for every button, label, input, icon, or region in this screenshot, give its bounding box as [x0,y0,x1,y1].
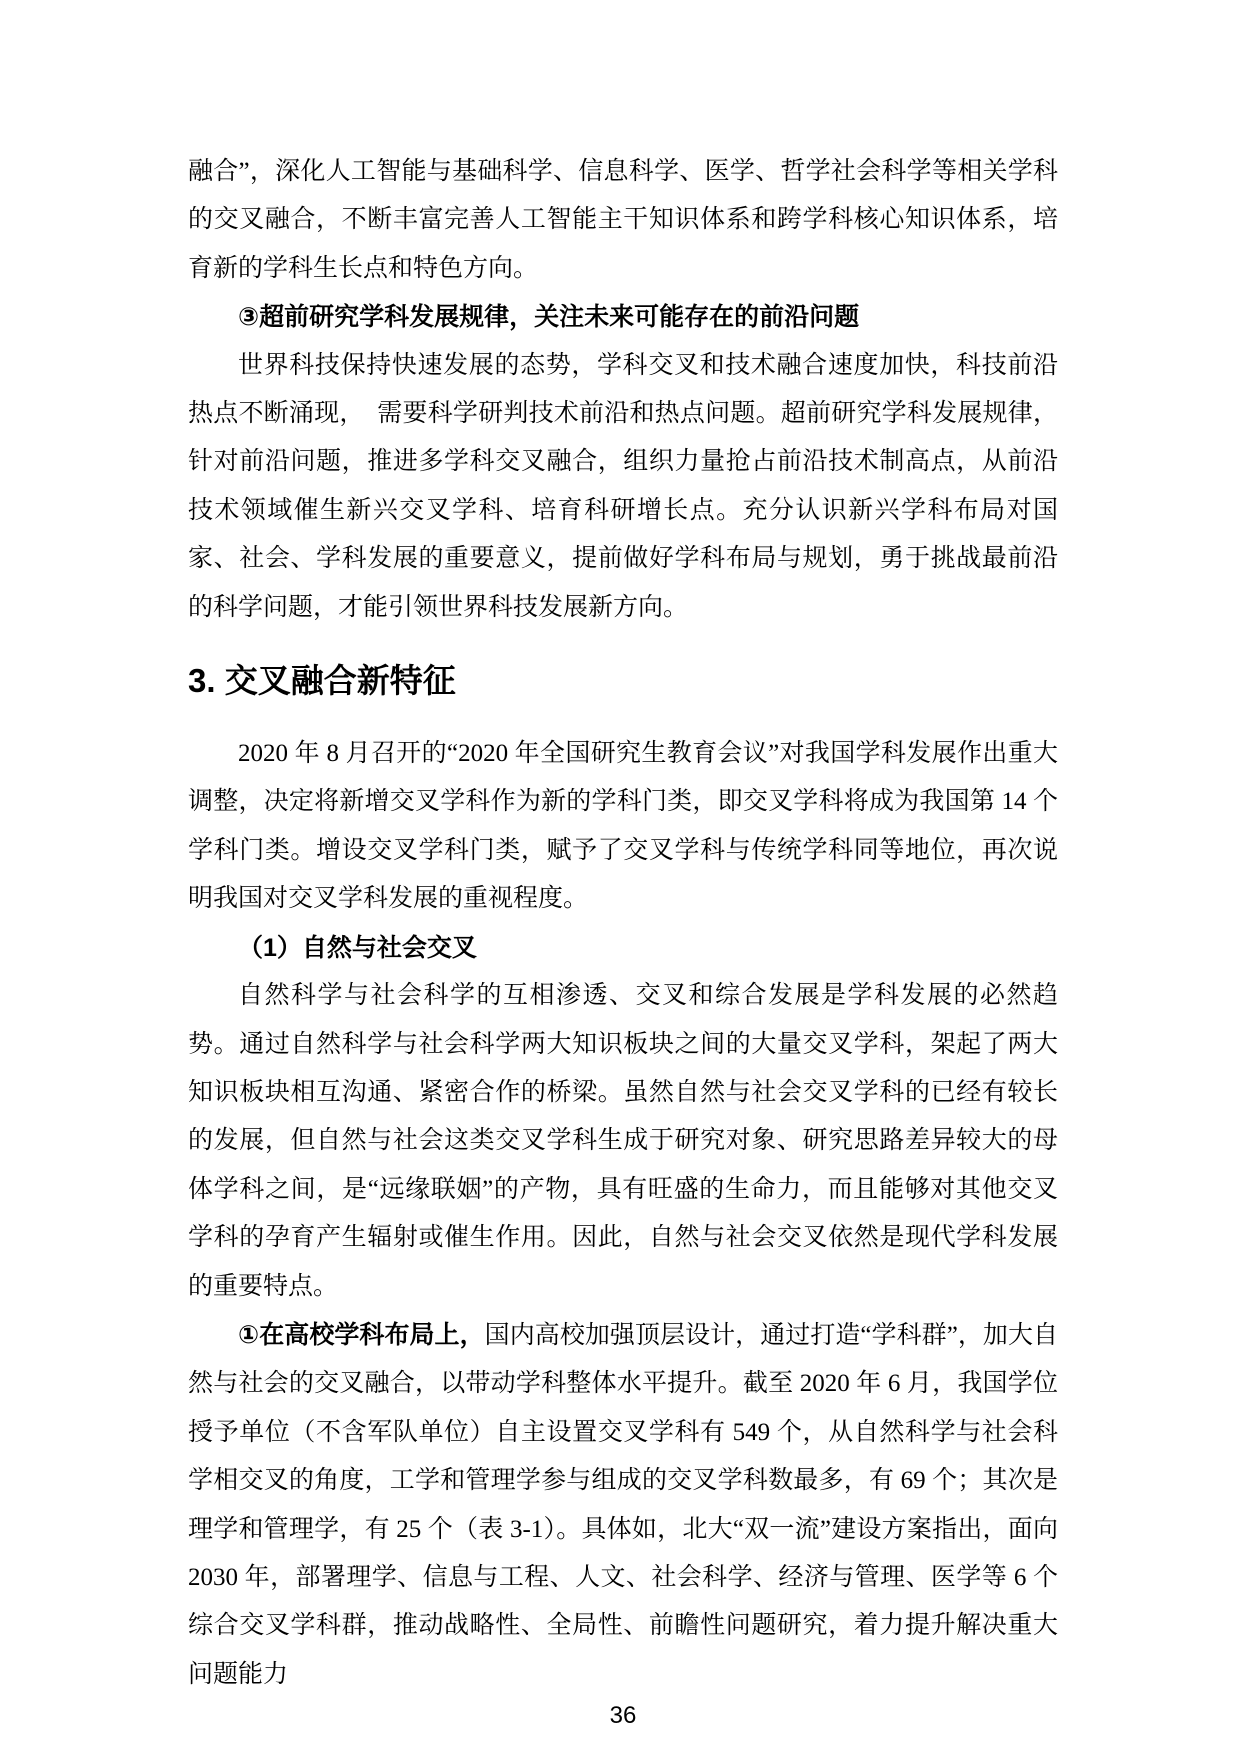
section-heading-3: 3. 交叉融合新特征 [188,660,1058,702]
paragraph-frontier-research: 世界科技保持快速发展的态势，学科交叉和技术融合速度加快，科技前沿热点不断涌现， … [188,342,1058,632]
subheading-nature-society: （1）自然与社会交叉 [188,924,1058,972]
page-number: 36 [188,1701,1058,1731]
paragraph-body-text: 国内高校加强顶层设计，通过打造“学科群”，加大自然与社会的交叉融合，以带动学科整… [188,1322,1058,1688]
document-page: 融合”，深化人工智能与基础科学、信息科学、医学、哲学社会科学等相关学科的交叉融合… [0,0,1240,1753]
paragraph-continuation: 融合”，深化人工智能与基础科学、信息科学、医学、哲学社会科学等相关学科的交叉融合… [188,148,1058,293]
document-body: 融合”，深化人工智能与基础科学、信息科学、医学、哲学社会科学等相关学科的交叉融合… [188,148,1058,1699]
paragraph-university-layout: ①在高校学科布局上，国内高校加强顶层设计，通过打造“学科群”，加大自然与社会的交… [188,1311,1058,1699]
subheading-circle3: ③超前研究学科发展规律，关注未来可能存在的前沿问题 [188,293,1058,341]
paragraph-2020-conference: 2020 年 8 月召开的“2020 年全国研究生教育会议”对我国学科发展作出重… [188,730,1058,924]
paragraph-bold-lead: ①在高校学科布局上， [238,1321,485,1349]
paragraph-nature-social-cross: 自然科学与社会科学的互相渗透、交叉和综合发展是学科发展的必然趋势。通过自然科学与… [188,972,1058,1311]
